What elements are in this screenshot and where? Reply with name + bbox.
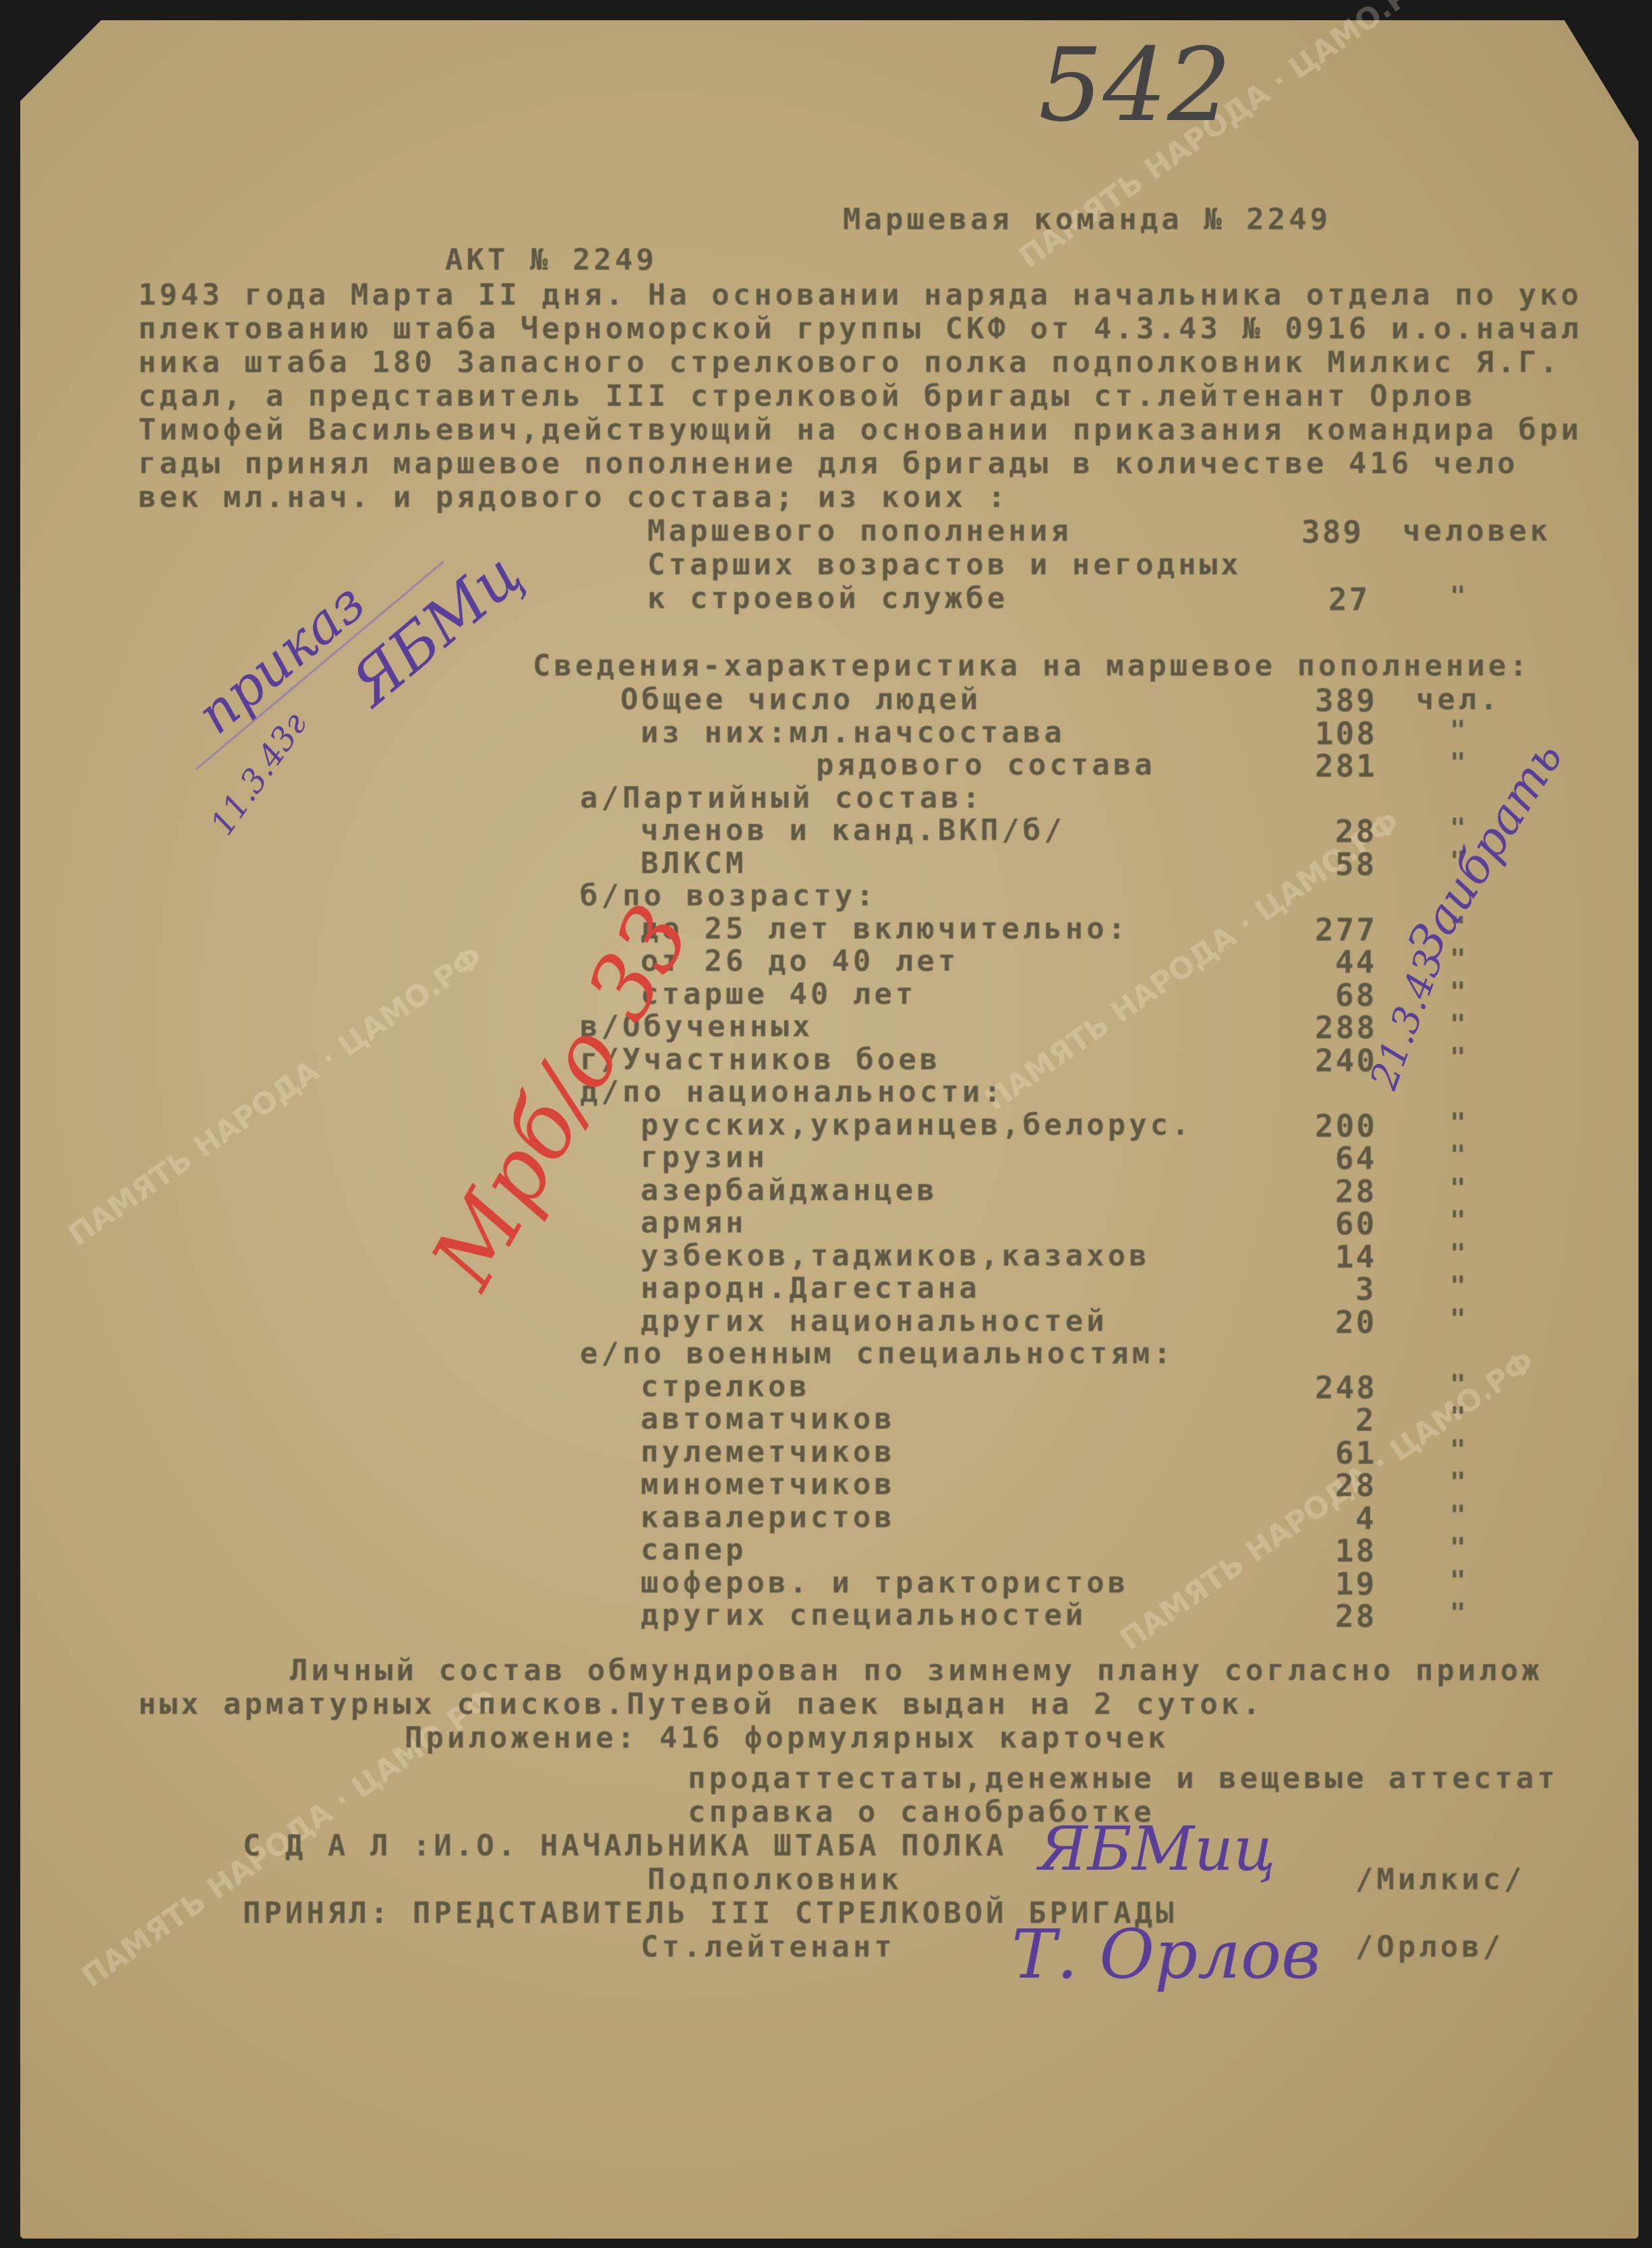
characteristic-unit: " — [1450, 1500, 1466, 1531]
characteristic-value: 389 — [1315, 682, 1377, 719]
characteristic-unit: " — [1450, 1108, 1466, 1139]
characteristic-label: ВЛКСМ — [641, 846, 746, 881]
act-title: АКТ № 2249 — [445, 243, 657, 277]
characteristic-unit: " — [1450, 1304, 1466, 1335]
intro-line: плектованию штаба Черноморской группы СК… — [138, 312, 1582, 346]
characteristic-value: 58 — [1335, 846, 1376, 883]
characteristic-label: Общее число людей — [620, 682, 981, 717]
characteristic-label: азербайджанцев — [641, 1173, 938, 1208]
characteristic-label: до 25 лет включительно: — [641, 912, 1129, 946]
intro-line: сдал, а представитель III стрелковой бри… — [138, 379, 1476, 413]
characteristic-label: других специальностей — [641, 1598, 1086, 1632]
characteristic-unit: " — [1450, 1402, 1466, 1433]
characteristic-unit: " — [1450, 1435, 1466, 1466]
characteristic-value: 2 — [1355, 1402, 1376, 1438]
characteristic-label: стрелков — [641, 1369, 810, 1404]
characteristic-value: 28 — [1335, 1467, 1376, 1504]
characteristics-title: Сведения-характеристика на маршевое попо… — [533, 649, 1531, 683]
characteristic-unit: " — [1450, 1566, 1466, 1597]
characteristic-unit: " — [1450, 1239, 1466, 1270]
summary-label: Маршевого пополнения — [647, 514, 1072, 548]
characteristic-unit: чел. — [1416, 682, 1501, 717]
intro-line: век мл.нач. и рядового состава; из коих … — [138, 480, 1009, 514]
characteristic-label: минометчиков — [641, 1467, 895, 1502]
characteristic-label: грузин — [641, 1140, 768, 1175]
characteristic-value: 61 — [1335, 1435, 1376, 1471]
characteristic-unit: " — [1450, 1140, 1466, 1171]
intro-line: 1943 года Марта II дня. На основании нар… — [138, 278, 1582, 312]
characteristic-unit: " — [1450, 748, 1466, 779]
characteristic-value: 64 — [1335, 1140, 1376, 1177]
characteristic-value: 4 — [1355, 1500, 1376, 1537]
attachment-line: продаттестаты,денежные и вещевые аттеста… — [688, 1761, 1558, 1796]
characteristic-value: 288 — [1315, 1009, 1377, 1046]
characteristic-unit: " — [1450, 1206, 1466, 1237]
page-number: 542 — [1038, 27, 1231, 144]
characteristic-label: рядового состава — [816, 748, 1156, 782]
handed-over-rank: Подполковник — [647, 1862, 902, 1897]
intro-line: Тимофей Васильевич,действующий на основа… — [138, 413, 1582, 447]
characteristic-label: членов и канд.ВКП/б/ — [641, 813, 1065, 848]
characteristic-unit: " — [1450, 1042, 1466, 1073]
characteristic-value: 281 — [1315, 748, 1377, 784]
characteristic-value: 277 — [1315, 912, 1377, 948]
received-rank: Ст.лейтенант — [641, 1930, 895, 1964]
characteristic-value: 60 — [1335, 1206, 1376, 1242]
characteristic-value: 18 — [1335, 1533, 1376, 1569]
handed-over-name: /Милкис/ — [1355, 1862, 1525, 1897]
received-name: /Орлов/ — [1355, 1930, 1504, 1964]
characteristic-label: народн.Дагестана — [641, 1271, 980, 1305]
characteristic-value: 108 — [1315, 715, 1377, 752]
characteristic-value: 28 — [1335, 813, 1376, 850]
header-title: Маршевая команда № 2249 — [843, 202, 1331, 237]
characteristic-unit: " — [1450, 1598, 1466, 1629]
characteristic-label: других национальностей — [641, 1304, 1108, 1338]
attachment-line: Приложение: 416 формулярных карточек — [405, 1721, 1169, 1755]
characteristic-unit: " — [1450, 1173, 1466, 1204]
characteristic-value: 248 — [1315, 1369, 1377, 1406]
characteristic-label: сапер — [641, 1533, 746, 1567]
characteristic-value: 44 — [1335, 944, 1376, 980]
summary-unit: человек — [1403, 514, 1551, 548]
characteristic-label: кавалеристов — [641, 1500, 895, 1535]
characteristic-label: автоматчиков — [641, 1402, 895, 1436]
characteristic-label: из них:мл.начсостава — [641, 715, 1065, 750]
closing-line: Личный состав обмундирован по зимнему пл… — [290, 1653, 1543, 1688]
characteristic-unit: " — [1450, 1009, 1466, 1040]
characteristic-value: 3 — [1355, 1271, 1376, 1307]
summary-unit: " — [1450, 581, 1466, 612]
characteristic-label: узбеков,таджиков,казахов — [641, 1239, 1150, 1273]
characteristic-value: 200 — [1315, 1108, 1377, 1144]
signature-milkis: ЯБМиц — [1038, 1814, 1276, 1885]
characteristic-label: д/по национальности: — [580, 1075, 1005, 1109]
summary-value: 27 — [1328, 581, 1369, 618]
characteristic-unit: " — [1450, 1271, 1466, 1302]
characteristic-value: 28 — [1335, 1173, 1376, 1210]
characteristic-unit: " — [1450, 1467, 1466, 1498]
intro-line: ника штаба 180 Запасного стрелкового пол… — [138, 345, 1561, 380]
characteristic-value: 20 — [1335, 1304, 1376, 1340]
handed-over-line: С Д А Л :И.О. НАЧАЛЬНИКА ШТАБА ПОЛКА — [243, 1829, 1007, 1863]
characteristic-unit: " — [1450, 1369, 1466, 1400]
characteristic-unit: " — [1450, 715, 1466, 746]
characteristic-value: 68 — [1335, 977, 1376, 1013]
characteristic-label: е/по военным специальностям: — [580, 1336, 1175, 1371]
intro-line: гады принял маршевое пополнение для бриг… — [138, 446, 1518, 481]
characteristic-label: а/Партийный состав: — [580, 781, 983, 815]
characteristic-label: шоферов. и трактористов — [641, 1566, 1129, 1600]
summary-label: к строевой службе — [647, 581, 1008, 616]
closing-line: ных арматурных списков.Путевой паек выда… — [138, 1687, 1264, 1721]
characteristic-label: русских,украинцев,белорус. — [641, 1108, 1193, 1142]
characteristic-unit: " — [1450, 1533, 1466, 1564]
characteristic-unit: " — [1450, 977, 1466, 1008]
characteristic-value: 28 — [1335, 1598, 1376, 1634]
summary-value: 389 — [1301, 514, 1363, 550]
summary-label: Старших возрастов и негодных — [647, 548, 1242, 582]
characteristic-label: пулеметчиков — [641, 1435, 895, 1469]
signature-orlov: Т. Орлов — [1011, 1915, 1320, 1994]
characteristic-value: 19 — [1335, 1566, 1376, 1602]
characteristic-label: армян — [641, 1206, 746, 1240]
characteristic-value: 14 — [1335, 1239, 1376, 1275]
